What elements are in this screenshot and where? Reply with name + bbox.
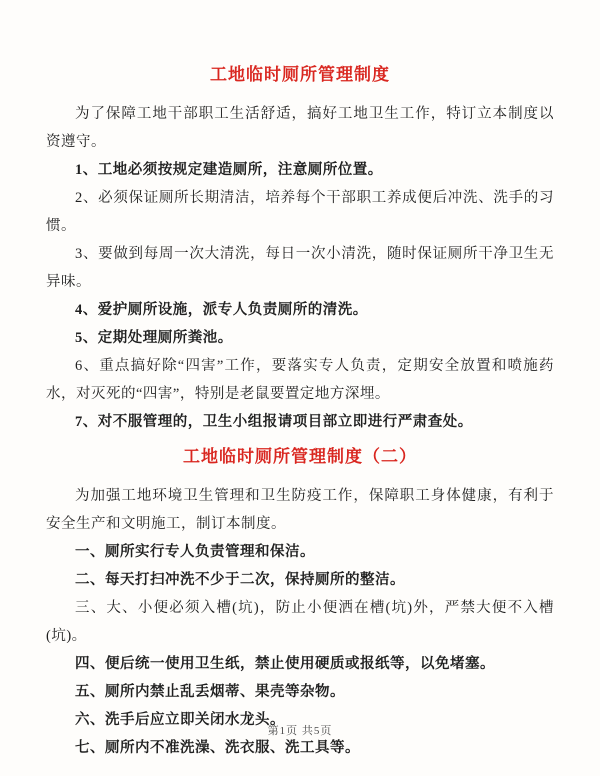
section-1-item-3: 3、要做到每周一次大清洗，每日一次小清洗，随时保证厕所干净卫生无异味。	[46, 240, 554, 296]
section-1-intro: 为了保障工地干部职工生活舒适，搞好工地卫生工作，特订立本制度以资遵守。	[46, 100, 554, 156]
section-2-intro: 为加强工地环境卫生管理和卫生防疫工作，保障职工身体健康，有利于安全生产和文明施工…	[46, 482, 554, 538]
section-2-title: 工地临时厕所管理制度（二）	[46, 442, 554, 472]
section-1-item-7: 7、对不服管理的，卫生小组报请项目部立即进行严肃查处。	[46, 408, 554, 436]
section-1-item-4: 4、爱护厕所设施，派专人负责厕所的清洗。	[46, 296, 554, 324]
document-body: 工地临时厕所管理制度 为了保障工地干部职工生活舒适，搞好工地卫生工作，特订立本制…	[0, 0, 600, 762]
document-page: 工地临时厕所管理制度 为了保障工地干部职工生活舒适，搞好工地卫生工作，特订立本制…	[0, 0, 600, 776]
section-1-item-2: 2、必须保证厕所长期清洁，培养每个干部职工养成便后冲洗、洗手的习惯。	[46, 184, 554, 240]
section-2-item-1: 一、厕所实行专人负责管理和保洁。	[46, 538, 554, 566]
section-2-item-7: 七、厕所内不准洗澡、洗衣服、洗工具等。	[46, 734, 554, 762]
section-2-item-4: 四、便后统一使用卫生纸，禁止使用硬质或报纸等，以免堵塞。	[46, 650, 554, 678]
section-1-item-1: 1、工地必须按规定建造厕所，注意厕所位置。	[46, 156, 554, 184]
section-1-item-5: 5、定期处理厕所粪池。	[46, 324, 554, 352]
section-2-item-5: 五、厕所内禁止乱丢烟蒂、果壳等杂物。	[46, 678, 554, 706]
section-2-item-2: 二、每天打扫冲洗不少于二次，保持厕所的整洁。	[46, 566, 554, 594]
section-1-item-6: 6、重点搞好除“四害”工作，要落实专人负责，定期安全放置和喷施药水，对灭死的“四…	[46, 352, 554, 408]
section-2-item-3: 三、大、小便必须入槽(坑)，防止小便洒在槽(坑)外，严禁大便不入槽(坑)。	[46, 594, 554, 650]
page-number-footer: 第1页 共5页	[0, 722, 600, 738]
section-1-title: 工地临时厕所管理制度	[46, 60, 554, 90]
